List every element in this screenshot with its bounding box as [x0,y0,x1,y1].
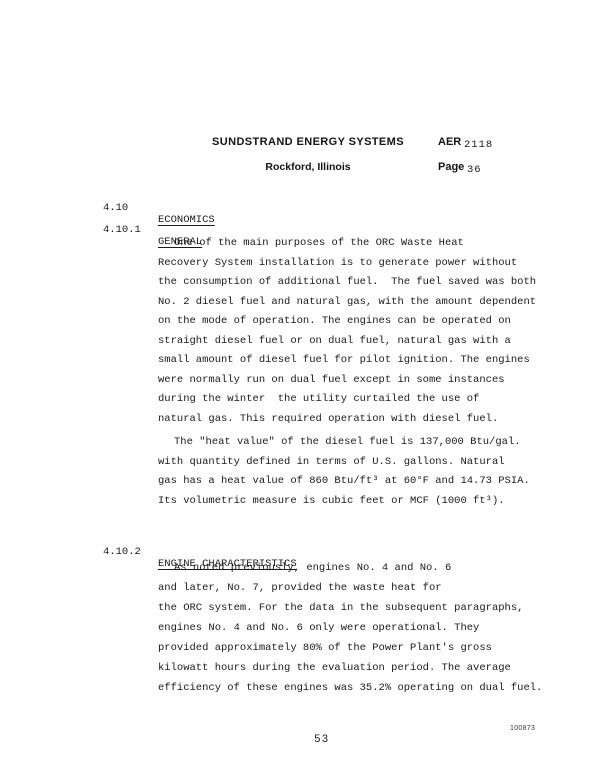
section-heading-general: 4.10.1 GENERAL [0,212,25,260]
text-line: small amount of diesel fuel for pilot ig… [158,351,558,371]
text-line: the consumption of additional fuel. The … [158,273,558,293]
text-line: The "heat value" of the diesel fuel is 1… [158,433,558,453]
text-line: As noted previously, engines No. 4 and N… [158,558,558,578]
text-line: straight diesel fuel or on dual fuel, na… [158,332,558,352]
paragraph-general-1: One of the main purposes of the ORC Wast… [158,234,558,429]
text-line: on the mode of operation. The engines ca… [158,312,558,332]
doc-ref-label: AER [438,136,461,148]
section-number: 4.10.2 [103,546,141,558]
paragraph-general-2: The "heat value" of the diesel fuel is 1… [158,433,558,511]
paragraph-engine-1: As noted previously, engines No. 4 and N… [158,558,558,698]
text-line: provided approximately 80% of the Power … [158,638,558,658]
company-name: SUNDSTRAND ENERGY SYSTEMS [212,136,404,148]
print-stamp: 100873 [510,725,535,732]
text-line: Its volumetric measure is cubic feet or … [158,492,558,512]
text-line: efficiency of these engines was 35.2% op… [158,678,558,698]
section-number: 4.10 [103,202,128,214]
letterhead: SUNDSTRAND ENERGY SYSTEMS Rockford, Illi… [212,136,404,173]
text-line: the ORC system. For the data in the subs… [158,598,558,618]
text-line: and later, No. 7, provided the waste hea… [158,578,558,598]
text-line: engines No. 4 and No. 6 only were operat… [158,618,558,638]
doc-ref-number: 2118 [464,139,493,151]
page-ref-label: Page [438,161,464,173]
section-number: 4.10.1 [103,224,141,236]
section-title: ECONOMICS [158,214,215,226]
text-line: One of the main purposes of the ORC Wast… [158,234,558,254]
section-heading-engine-characteristics: 4.10.2 ENGINE CHARACTERISTICS [0,534,25,582]
text-line: with quantity defined in terms of U.S. g… [158,453,558,473]
page-ref-number: 36 [467,164,482,176]
text-line: natural gas. This required operation wit… [158,410,558,430]
doc-reference-block: AER 2118 Page 36 [438,136,558,186]
text-line: No. 2 diesel fuel and natural gas, with … [158,293,558,313]
text-line: gas has a heat value of 860 Btu/ft³ at 6… [158,472,558,492]
page-number: 53 [314,734,329,746]
document-page: SUNDSTRAND ENERGY SYSTEMS Rockford, Illi… [0,0,612,780]
text-line: were normally run on dual fuel except in… [158,371,558,391]
text-line: kilowatt hours during the evaluation per… [158,658,558,678]
text-line: during the winter the utility curtailed … [158,390,558,410]
text-line: Recovery System installation is to gener… [158,254,558,274]
company-location: Rockford, Illinois [212,161,404,173]
